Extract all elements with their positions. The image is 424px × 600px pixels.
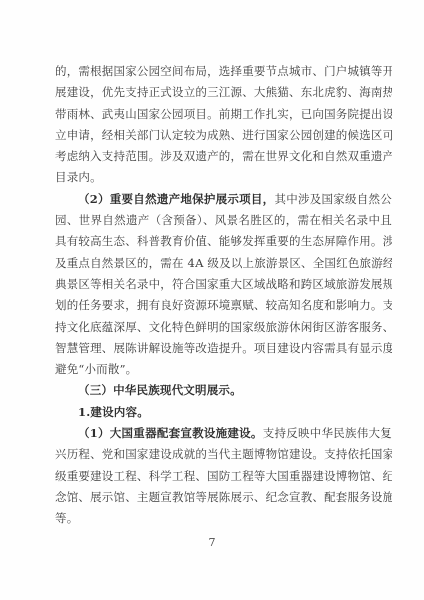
text-line: 等。 [55,508,392,529]
text-line: 的，需根据国家公园空间布局，选择重要节点城市、门户城镇等开 [55,61,392,82]
subsection-heading: 1.建设内容。 [55,402,392,423]
text-line: 目录内。 [55,167,392,188]
text-line: 考虑纳入支持范围。涉及双遗产的，需在世界文化和自然双重遗产 [55,146,392,167]
text-segment: 园、世界自然遗产（含预备）、风景名胜区的，需在相关名录中且 [55,213,392,227]
text-segment: 具有较高生态、科普教育价值、能够发挥重要的生态屏障作用。涉 [55,234,392,248]
text-line: 立申请，经相关部门认定较为成熟、进行国家公园创建的候选区可 [55,125,392,146]
text-line: 念馆、展示馆、主题宣教馆等展陈展示、纪念宣教、配套服务设施 [55,487,392,508]
text-line: 园、世界自然遗产（含预备）、风景名胜区的，需在相关名录中且 [55,210,392,231]
text-line: 兴历程、党和国家建设成就的当代主题博物馆建设。支持依托国家 [55,444,392,465]
bold-segment: （1）大国重器配套宣教设施建设。 [78,426,263,440]
text-line: 划的任务要求，拥有良好资源环境禀赋、较高知名度和影响力。支 [55,295,392,316]
bold-segment: 1.建设内容。 [78,405,149,419]
text-line: 持文化底蕴深厚、文化特色鲜明的国家级旅游休闲街区游客服务、 [55,317,392,338]
text-segment: 目录内。 [55,170,102,184]
page-number: 7 [0,536,424,549]
text-segment: 其中涉及国家级自然公 [274,192,392,206]
bold-segment: （2）重要自然遗产地保护展示项目， [78,192,274,206]
text-segment: 典景区等相关名录中，符合国家重大区域战略和跨区域旅游发展规 [55,277,392,291]
text-segment: 划的任务要求，拥有良好资源环境禀赋、较高知名度和影响力。支 [55,298,392,312]
text-segment: 展建设，优先支持正式设立的三江源、大熊猫、东北虎豹、海南热 [55,85,392,99]
text-segment: 立申请，经相关部门认定较为成熟、进行国家公园创建的候选区可 [55,128,392,142]
text-line: 典景区等相关名录中，符合国家重大区域战略和跨区域旅游发展规 [55,274,392,295]
text-segment: 智慧管理、展陈讲解设施等改造提升。项目建设内容需具有显示度， [55,341,392,355]
text-segment: 支持反映中华民族伟大复 [263,426,392,440]
text-segment: 兴历程、党和国家建设成就的当代主题博物馆建设。支持依托国家 [55,447,392,461]
document-page: 的，需根据国家公园空间布局，选择重要节点城市、门户城镇等开 展建设，优先支持正式… [0,0,424,600]
text-segment: 等。 [55,511,78,525]
text-line: 具有较高生态、科普教育价值、能够发挥重要的生态屏障作用。涉 [55,231,392,252]
text-line: 展建设，优先支持正式设立的三江源、大熊猫、东北虎豹、海南热 [55,82,392,103]
section-heading: （三）中华民族现代文明展示。 [55,380,392,401]
bold-segment: （三）中华民族现代文明展示。 [78,383,242,397]
text-line: 带雨林、武夷山国家公园项目。前期工作扎实，已向国务院提出设 [55,104,392,125]
text-line: （2）重要自然遗产地保护展示项目，其中涉及国家级自然公 [55,189,392,210]
text-segment: 避免“小而散”。 [55,362,137,376]
text-segment: 级重要建设工程、科学工程、国防工程等大国重器建设博物馆、纪 [55,469,392,483]
text-segment: 带雨林、武夷山国家公园项目。前期工作扎实，已向国务院提出设 [55,107,392,121]
document-body: 的，需根据国家公园空间布局，选择重要节点城市、门户城镇等开 展建设，优先支持正式… [55,61,392,530]
text-line: 避免“小而散”。 [55,359,392,380]
text-segment: 的，需根据国家公园空间布局，选择重要节点城市、门户城镇等开 [55,64,392,78]
text-line: 及重点自然景区的，需在 4A 级及以上旅游景区、全国红色旅游经 [55,253,392,274]
text-line: （1）大国重器配套宣教设施建设。支持反映中华民族伟大复 [55,423,392,444]
text-segment: 持文化底蕴深厚、文化特色鲜明的国家级旅游休闲街区游客服务、 [55,320,392,334]
text-line: 级重要建设工程、科学工程、国防工程等大国重器建设博物馆、纪 [55,466,392,487]
text-line: 智慧管理、展陈讲解设施等改造提升。项目建设内容需具有显示度， [55,338,392,359]
text-segment: 及重点自然景区的，需在 4A 级及以上旅游景区、全国红色旅游经 [55,256,392,270]
text-segment: 念馆、展示馆、主题宣教馆等展陈展示、纪念宣教、配套服务设施 [55,490,392,504]
text-segment: 考虑纳入支持范围。涉及双遗产的，需在世界文化和自然双重遗产 [55,149,392,163]
